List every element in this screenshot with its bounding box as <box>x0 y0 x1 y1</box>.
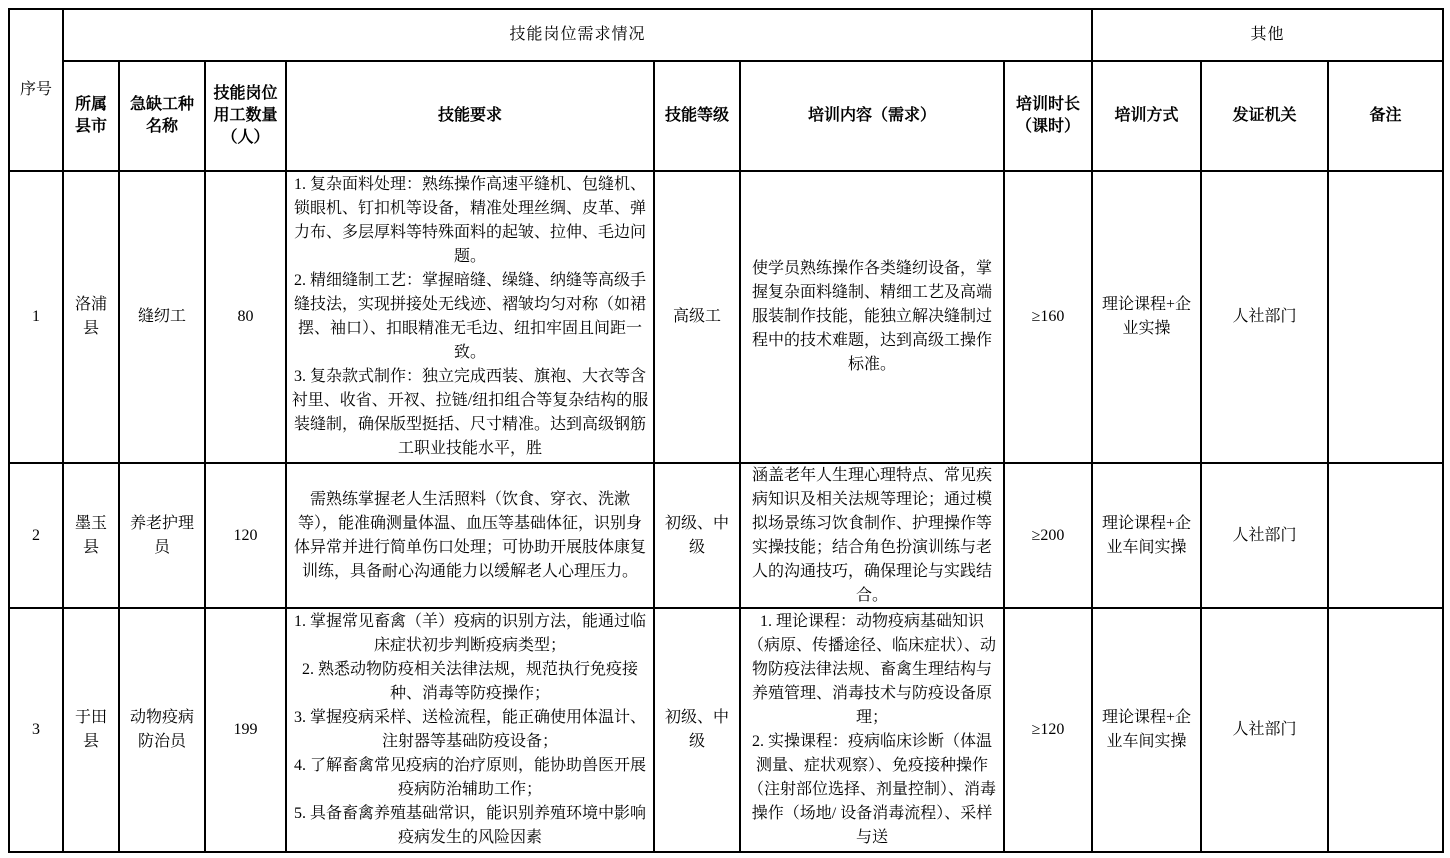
cell-skill-level: 高级工 <box>654 171 740 463</box>
col-header-skill-requirements: 技能要求 <box>286 61 654 171</box>
col-header-cert-authority: 发证机关 <box>1201 61 1328 171</box>
table-row-2: 2 墨玉县 养老护理员 120 需熟练掌握老人生活照料（饮食、穿衣、洗漱等），能… <box>9 463 1443 608</box>
sub-header-row: 所属县市 急缺工种名称 技能岗位用工数量（人） 技能要求 技能等级 培训内容（需… <box>9 61 1443 171</box>
cell-job-name: 养老护理员 <box>119 463 205 608</box>
cell-skill-requirements: 需熟练掌握老人生活照料（饮食、穿衣、洗漱等），能准确测量体温、血压等基础体征，识… <box>286 463 654 608</box>
skill-requirements-text: 1. 复杂面料处理：熟练操作高速平缝机、包缝机、锁眼机、钉扣机等设备，精准处理丝… <box>291 173 649 461</box>
cell-remark <box>1328 463 1443 608</box>
cell-training-content: 涵盖老年人生理心理特点、常见疾病知识及相关法规等理论；通过模拟场景练习饮食制作、… <box>740 463 1004 608</box>
cell-training-content: 1. 理论课程：动物疫病基础知识（病原、传播途径、临床症状）、动物防疫法律法规、… <box>740 608 1004 852</box>
cell-skill-requirements: 1. 掌握常见畜禽（羊）疫病的识别方法，能通过临床症状初步判断疫病类型； 2. … <box>286 608 654 852</box>
group-header-other: 其他 <box>1092 9 1443 61</box>
cell-training-content: 使学员熟练操作各类缝纫设备，掌握复杂面料缝制、精细工艺及高端服装制作技能，能独立… <box>740 171 1004 463</box>
col-header-seq: 序号 <box>9 9 63 171</box>
cell-county: 于田县 <box>63 608 119 852</box>
cell-seq: 2 <box>9 463 63 608</box>
cell-job-name: 动物疫病防治员 <box>119 608 205 852</box>
cell-worker-count: 120 <box>205 463 286 608</box>
cell-training-method: 理论课程+企业车间实操 <box>1092 608 1201 852</box>
col-header-training-content: 培训内容（需求） <box>740 61 1004 171</box>
training-content-text: 涵盖老年人生理心理特点、常见疾病知识及相关法规等理论；通过模拟场景练习饮食制作、… <box>745 464 999 607</box>
skill-requirements-text: 需熟练掌握老人生活照料（饮食、穿衣、洗漱等），能准确测量体温、血压等基础体征，识… <box>291 488 649 584</box>
cell-skill-requirements: 1. 复杂面料处理：熟练操作高速平缝机、包缝机、锁眼机、钉扣机等设备，精准处理丝… <box>286 171 654 463</box>
training-content-text: 1. 理论课程：动物疫病基础知识（病原、传播途径、临床症状）、动物防疫法律法规、… <box>745 610 999 850</box>
table-header: 序号 技能岗位需求情况 其他 所属县市 急缺工种名称 技能岗位用工数量（人） 技… <box>9 9 1443 171</box>
col-header-county: 所属县市 <box>63 61 119 171</box>
cell-job-name: 缝纫工 <box>119 171 205 463</box>
cell-remark <box>1328 171 1443 463</box>
cell-skill-level: 初级、中级 <box>654 463 740 608</box>
cell-skill-level: 初级、中级 <box>654 608 740 852</box>
cell-training-duration: ≥160 <box>1004 171 1092 463</box>
table-body: 1 洛浦县 缝纫工 80 1. 复杂面料处理：熟练操作高速平缝机、包缝机、锁眼机… <box>9 171 1443 852</box>
cell-seq: 3 <box>9 608 63 852</box>
cell-training-duration: ≥200 <box>1004 463 1092 608</box>
cell-worker-count: 199 <box>205 608 286 852</box>
cell-cert-authority: 人社部门 <box>1201 463 1328 608</box>
cell-cert-authority: 人社部门 <box>1201 608 1328 852</box>
cell-training-duration: ≥120 <box>1004 608 1092 852</box>
col-header-job-name: 急缺工种名称 <box>119 61 205 171</box>
cell-training-method: 理论课程+企业实操 <box>1092 171 1201 463</box>
table-row-3: 3 于田县 动物疫病防治员 199 1. 掌握常见畜禽（羊）疫病的识别方法，能通… <box>9 608 1443 852</box>
cell-cert-authority: 人社部门 <box>1201 171 1328 463</box>
col-header-skill-level: 技能等级 <box>654 61 740 171</box>
table-row-1: 1 洛浦县 缝纫工 80 1. 复杂面料处理：熟练操作高速平缝机、包缝机、锁眼机… <box>9 171 1443 463</box>
cell-worker-count: 80 <box>205 171 286 463</box>
skill-demand-table: 序号 技能岗位需求情况 其他 所属县市 急缺工种名称 技能岗位用工数量（人） 技… <box>8 8 1444 853</box>
skill-requirements-text: 1. 掌握常见畜禽（羊）疫病的识别方法，能通过临床症状初步判断疫病类型； 2. … <box>291 610 649 850</box>
cell-remark <box>1328 608 1443 852</box>
group-header-skill-demand: 技能岗位需求情况 <box>63 9 1092 61</box>
cell-seq: 1 <box>9 171 63 463</box>
col-header-worker-count: 技能岗位用工数量（人） <box>205 61 286 171</box>
col-header-training-duration: 培训时长（课时） <box>1004 61 1092 171</box>
training-content-text: 使学员熟练操作各类缝纫设备，掌握复杂面料缝制、精细工艺及高端服装制作技能，能独立… <box>745 257 999 377</box>
cell-training-method: 理论课程+企业车间实操 <box>1092 463 1201 608</box>
col-header-training-method: 培训方式 <box>1092 61 1201 171</box>
cell-county: 洛浦县 <box>63 171 119 463</box>
document-page: 序号 技能岗位需求情况 其他 所属县市 急缺工种名称 技能岗位用工数量（人） 技… <box>0 0 1450 858</box>
col-header-remark: 备注 <box>1328 61 1443 171</box>
cell-county: 墨玉县 <box>63 463 119 608</box>
group-header-row: 序号 技能岗位需求情况 其他 <box>9 9 1443 61</box>
